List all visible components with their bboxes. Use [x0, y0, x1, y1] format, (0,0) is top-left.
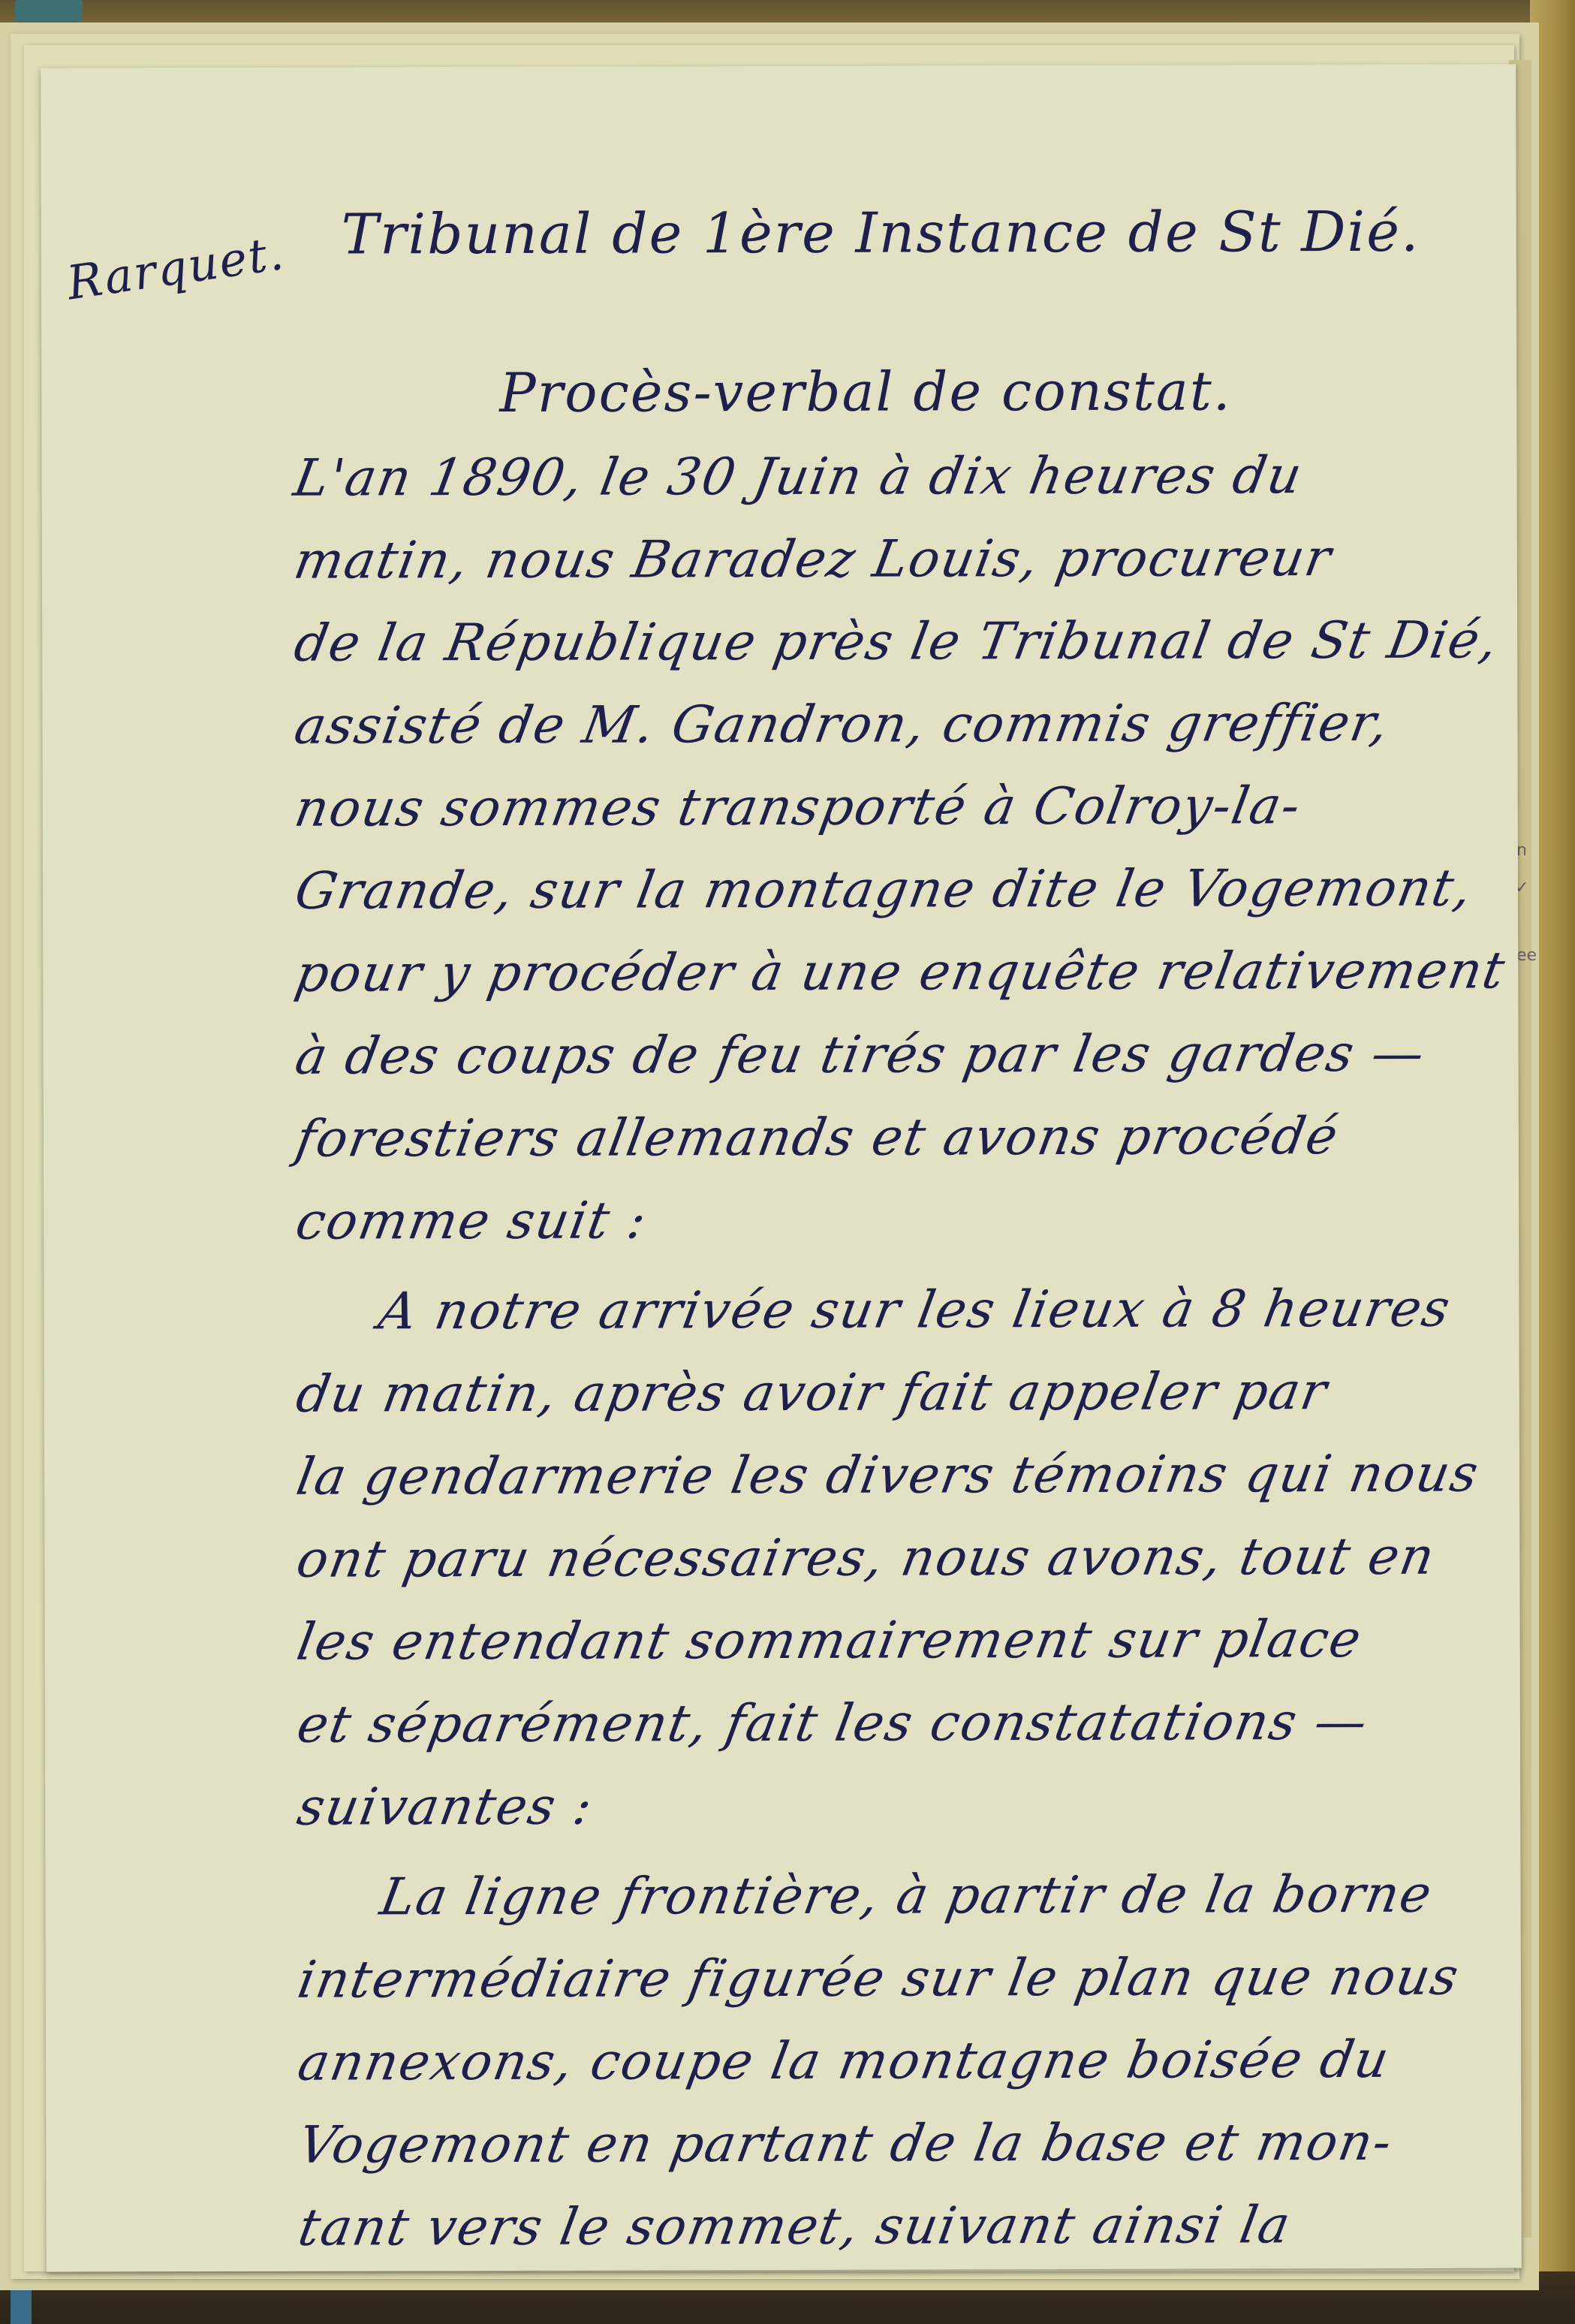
text-line: L'an 1890, le 30 Juin à dix heures du — [290, 446, 1308, 508]
text-line: nous sommes transporté à Colroy-la- — [291, 776, 1306, 839]
text-line: du matin, après avoir fait appeler par — [292, 1362, 1333, 1424]
text-line: à des coups de feu tirés par les gardes … — [291, 1024, 1430, 1087]
text-line: ont paru nécessaires, nous avons, tout e… — [292, 1527, 1440, 1590]
text-line: annexons, coupe la montagne boisée du — [294, 2030, 1394, 2093]
text-line: matin, nous Baradez Louis, procureur — [290, 529, 1336, 591]
background-object — [15, 0, 83, 23]
text-line: les entendant sommairement sur place — [293, 1610, 1367, 1672]
text-line: Vogemont en partant de la base et mon- — [294, 2113, 1398, 2175]
text-line: pour y procéder à une enquête relativeme… — [291, 941, 1510, 1003]
text-line: forestiers allemands et avons procédé — [291, 1107, 1343, 1169]
text-line: la gendarmerie les divers témoins qui no… — [292, 1445, 1483, 1507]
text-line: A notre arrivée sur les lieux à 8 heures — [375, 1280, 1456, 1342]
text-line: et séparément, fait les constatations — — [293, 1693, 1373, 1755]
margin-note: Rarquet. — [64, 225, 288, 311]
text-line: intermédiaire figurée sur le plan que no… — [294, 1948, 1464, 2010]
document-title: Procès-verbal de constat. — [499, 359, 1232, 424]
edge-mark: ee — [1516, 946, 1537, 965]
text-line: comme suit : — [291, 1191, 652, 1251]
text-line: La ligne frontière, à partir de la borne — [376, 1865, 1438, 1928]
text-line: suivantes : — [293, 1777, 598, 1837]
document-header: Tribunal de 1ère Instance de St Dié. — [342, 200, 1420, 267]
text-line: Grande, sur la montagne dite le Vogemont… — [291, 859, 1477, 921]
edge-mark: n — [1516, 841, 1527, 860]
manuscript-page: Tribunal de 1ère Instance de St Dié. Rar… — [41, 64, 1522, 2271]
text-line: tant vers le sommet, suivant ainsi la — [294, 2196, 1296, 2257]
text-line: assisté de M. Gandron, commis greffier, — [291, 694, 1394, 756]
text-line: de la République près le Tribunal de St … — [290, 610, 1503, 673]
